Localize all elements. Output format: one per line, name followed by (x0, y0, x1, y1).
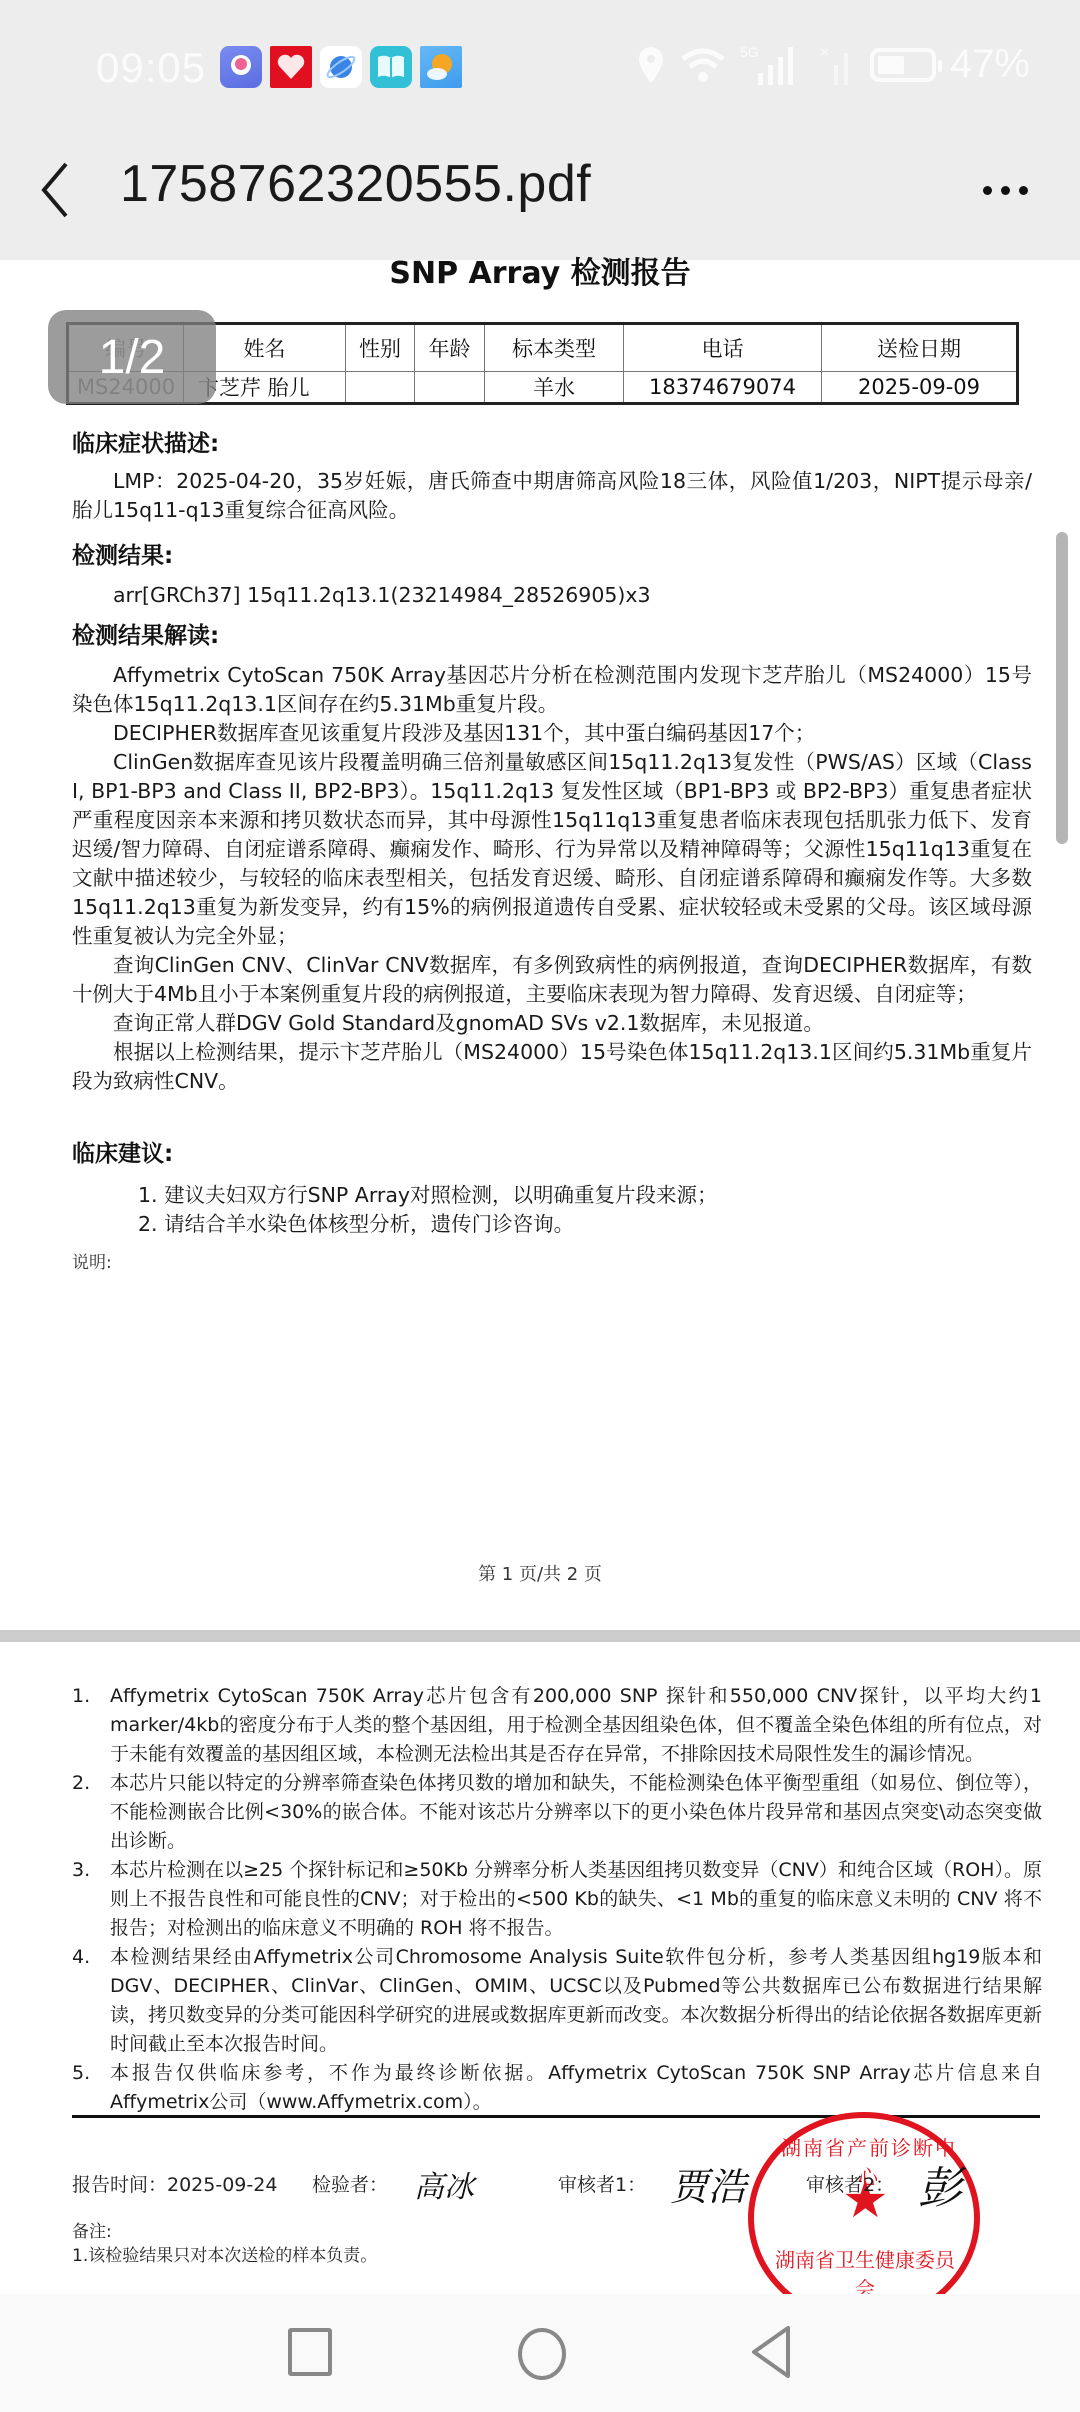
disclaimer-item: 3.本芯片检测在以≥25 个探针标记和≥50Kb 分辨率分析人类基因组拷贝数变异… (72, 1856, 1042, 1943)
interpretation-paragraph: ClinGen数据库查见该片段覆盖明确三倍剂量敏感区间15q11.2q13复发性… (72, 748, 1032, 951)
wifi-icon (680, 45, 726, 85)
table-cell-date: 2025-09-09 (822, 372, 1018, 404)
recent-apps-button[interactable] (288, 2328, 332, 2376)
interpretation-section: 检测结果解读: Affymetrix CytoScan 750K Array基因… (72, 622, 1032, 1096)
system-status-icons: 5G × 47% (636, 42, 1030, 87)
item-text: 本报告仅供临床参考，不作为最终诊断依据。Affymetrix CytoScan … (110, 2062, 1042, 2113)
status-bar: 09:05 5G × 47% (0, 40, 1080, 96)
item-number: 5. (72, 2059, 90, 2088)
book-reader-icon (370, 46, 412, 88)
reviewer1-label: 审核者1： (558, 2170, 646, 2197)
app-bar: 1758762320555.pdf (0, 140, 1080, 240)
page-separator (0, 1630, 1080, 1642)
section-heading: 检测结果: (72, 542, 1032, 571)
section-heading: 检测结果解读: (72, 622, 1032, 651)
file-title: 1758762320555.pdf (120, 154, 591, 214)
clinical-description-text: LMP：2025-04-20，35岁妊娠，唐氏筛查中期唐筛高风险18三体，风险值… (72, 467, 1032, 525)
remarks: 备注: 1.该检验结果只对本次送检的样本负责。 (72, 2220, 377, 2268)
system-nav-bar (0, 2294, 1080, 2412)
item-number: 2. (72, 1769, 90, 1798)
section-heading: 临床症状描述: (72, 430, 1032, 459)
table-cell-sex (346, 372, 415, 404)
reviewer2-label: 审核者2： (806, 2170, 894, 2197)
interpretation-paragraph: Affymetrix CytoScan 750K Array基因芯片分析在检测范… (72, 661, 1032, 719)
pdf-page-2: 1.Affymetrix CytoScan 750K Array芯片包含有200… (0, 1642, 1080, 2292)
recommendation-item: 1. 建议夫妇双方行SNP Array对照检测，以明确重复片段来源； (138, 1181, 1032, 1210)
notification-icons (220, 46, 462, 88)
inspector-signature: 高冰 (414, 2162, 474, 2206)
battery-percent: 47% (950, 42, 1030, 87)
disclaimer-item: 4.本检测结果经由Affymetrix公司Chromosome Analysis… (72, 1943, 1042, 2059)
table-cell-phone: 18374679074 (624, 372, 822, 404)
reviewer1-signature: 贾浩 (670, 2156, 746, 2211)
remarks-item: 1.该检验结果只对本次送检的样本负责。 (72, 2244, 377, 2268)
item-text: 本芯片只能以特定的分辨率筛查染色体拷贝数的增加和缺失，不能检测染色体平衡型重组（… (110, 1772, 1042, 1852)
nav-back-button[interactable] (748, 2324, 796, 2380)
table-header: 电话 (624, 324, 822, 372)
more-options-button[interactable] (970, 170, 1040, 210)
weather-icon (420, 46, 462, 88)
battery-icon (870, 48, 936, 82)
location-icon (636, 45, 666, 85)
interpretation-paragraph: DECIPHER数据库查见该重复片段涉及基因131个，其中蛋白编码基因17个； (72, 719, 1032, 748)
no-signal-icon: × (816, 43, 856, 87)
interpretation-paragraph: 查询ClinGen CNV、ClinVar CNV数据库，有多例致病性的病例报道… (72, 951, 1032, 1009)
more-dot (1001, 186, 1010, 195)
more-dot (1019, 186, 1028, 195)
result-karyotype: arr[GRCh37] 15q11.2q13.1(23214984_285269… (72, 581, 1032, 610)
disclaimer-item: 1.Affymetrix CytoScan 750K Array芯片包含有200… (72, 1682, 1042, 1769)
item-number: 1. (72, 1682, 90, 1711)
page-footer: 第 1 页/共 2 页 (0, 1560, 1080, 1586)
svg-text:×: × (820, 44, 829, 61)
table-header: 标本类型 (485, 324, 624, 372)
interpretation-paragraph: 根据以上检测结果，提示卞芝芹胎儿（MS24000）15号染色体15q11.2q1… (72, 1038, 1032, 1096)
disclaimer-list: 1.Affymetrix CytoScan 750K Array芯片包含有200… (72, 1682, 1042, 2117)
item-number: 3. (72, 1856, 90, 1885)
item-text: 本检测结果经由Affymetrix公司Chromosome Analysis S… (110, 1946, 1042, 2055)
item-text: Affymetrix CytoScan 750K Array芯片包含有200,0… (110, 1685, 1042, 1765)
browser-planet-icon (320, 46, 362, 88)
remarks-label: 备注: (72, 2220, 377, 2244)
result-section: 检测结果: arr[GRCh37] 15q11.2q13.1(23214984_… (72, 542, 1032, 610)
cellular-5g-icon: 5G (740, 43, 802, 87)
table-header: 送检日期 (822, 324, 1018, 372)
recommendation-item: 2. 请结合羊水染色体核型分析，遗传门诊咨询。 (138, 1210, 1032, 1239)
top-bar: 09:05 5G × 47% (0, 0, 1080, 260)
pdf-page-1: SNP Array 检测报告 编号 姓名 性别 年龄 标本类型 电话 送检日期 … (0, 260, 1080, 1630)
report-time: 报告时间：2025-09-24 (72, 2170, 277, 2197)
section-heading: 临床建议: (72, 1140, 1032, 1169)
table-cell-age (415, 372, 485, 404)
svg-text:5G: 5G (740, 44, 759, 60)
triangle-back-icon (748, 2324, 796, 2380)
status-time: 09:05 (96, 44, 206, 92)
signature-row: 报告时间：2025-09-24 检验者： 高冰 审核者1： 贾浩 审核者2： 彭 (72, 2160, 1052, 2220)
inspector-label: 检验者： (312, 2170, 388, 2197)
vertical-scrollbar[interactable] (1056, 532, 1068, 844)
more-horizontal-icon (983, 186, 992, 195)
table-header: 年龄 (415, 324, 485, 372)
back-button[interactable] (36, 158, 86, 222)
item-number: 4. (72, 1943, 90, 1972)
reviewer2-signature: 彭 (918, 2152, 962, 2216)
red-heart-app-icon (270, 46, 312, 88)
item-text: 本芯片检测在以≥25 个探针标记和≥50Kb 分辨率分析人类基因组拷贝数变异（C… (110, 1859, 1042, 1939)
recommendations-section: 临床建议: 1. 建议夫妇双方行SNP Array对照检测，以明确重复片段来源；… (72, 1140, 1032, 1278)
disclaimer-item: 2.本芯片只能以特定的分辨率筛查染色体拷贝数的增加和缺失，不能检测染色体平衡型重… (72, 1769, 1042, 1856)
document-title: SNP Array 检测报告 (0, 248, 1080, 292)
page-indicator: 1/2 (48, 310, 216, 404)
home-button[interactable] (518, 2328, 566, 2380)
pregnancy-app-icon (220, 46, 262, 88)
clinical-description-section: 临床症状描述: LMP：2025-04-20，35岁妊娠，唐氏筛查中期唐筛高风险… (72, 430, 1032, 525)
table-cell-specimen: 羊水 (485, 372, 624, 404)
disclaimer-item: 5.本报告仅供临床参考，不作为最终诊断依据。Affymetrix CytoSca… (72, 2059, 1042, 2117)
chevron-left-icon (36, 158, 76, 222)
table-header: 性别 (346, 324, 415, 372)
note-label: 说明: (72, 1249, 1032, 1278)
interpretation-paragraph: 查询正常人群DGV Gold Standard及gnomAD SVs v2.1数… (72, 1009, 1032, 1038)
